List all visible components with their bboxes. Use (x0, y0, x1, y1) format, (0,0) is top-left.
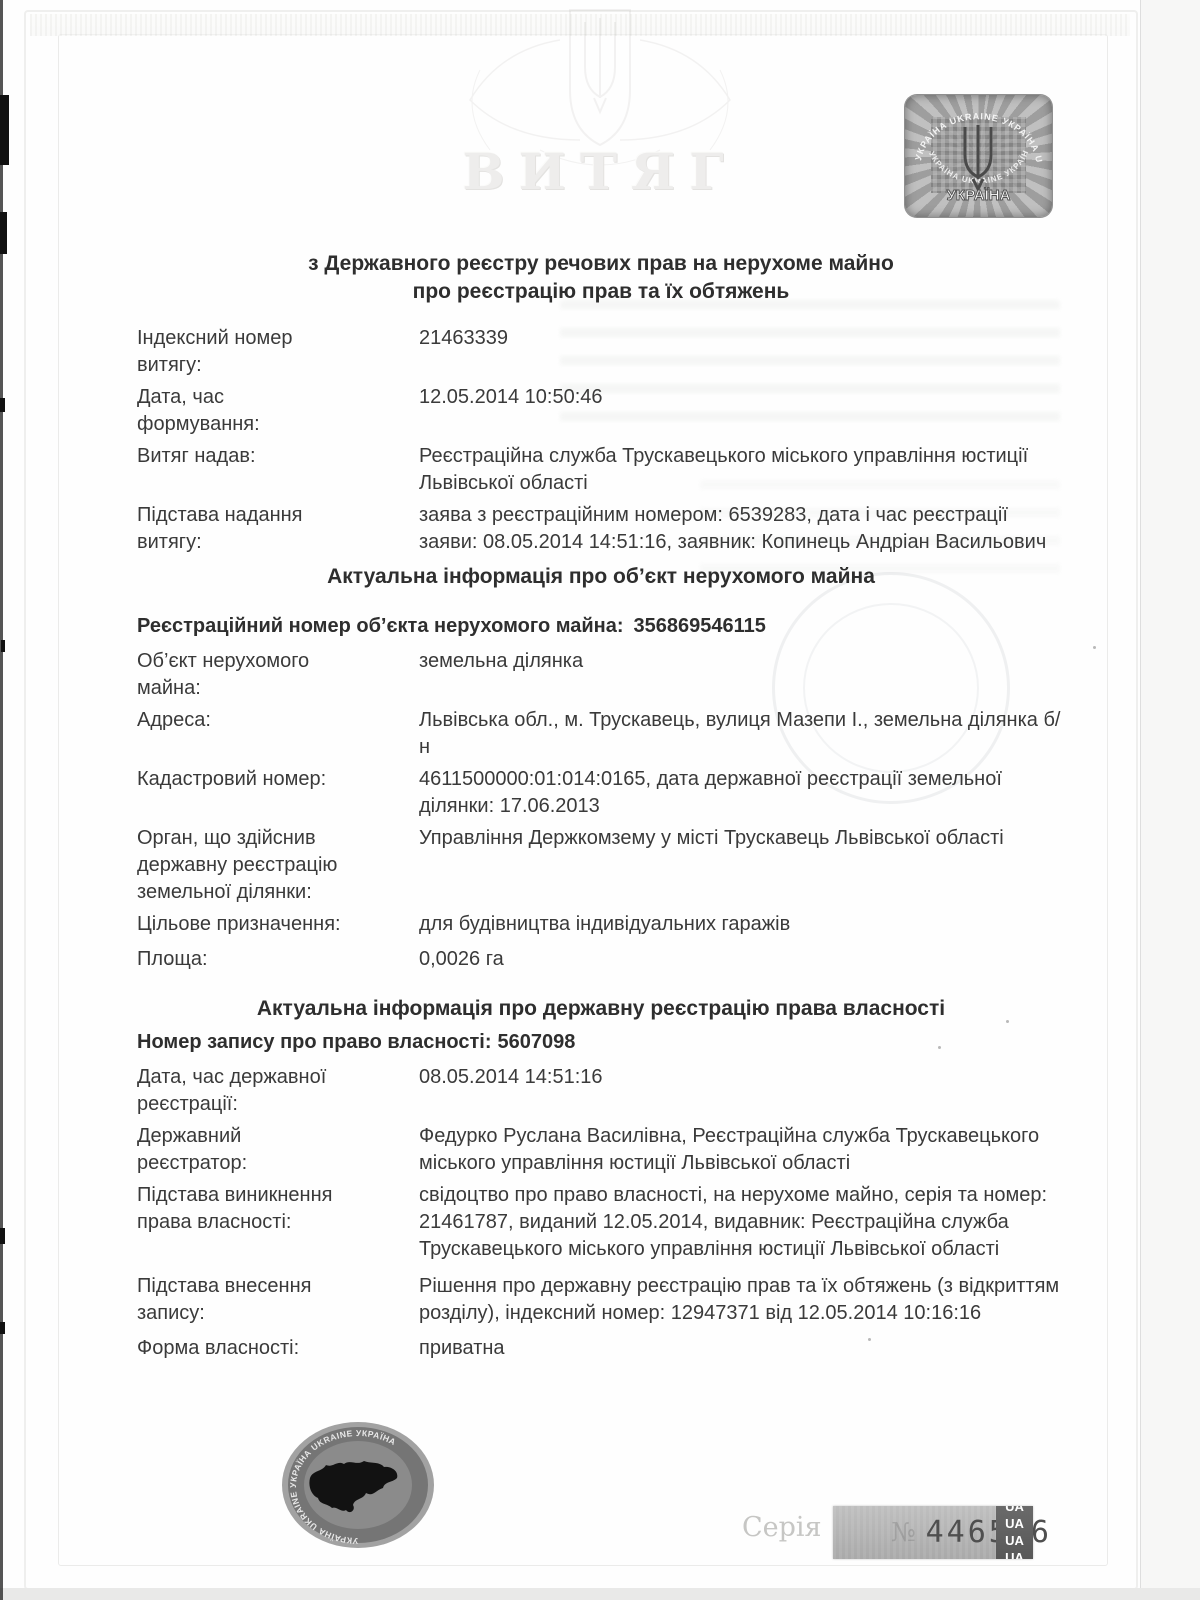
field-row-object-type: Об’єкт нерухомого майна: земельна ділянк… (137, 648, 1065, 702)
ua-code: UA (1005, 1550, 1024, 1559)
document-title-line1: з Державного реєстру речових прав на нер… (137, 250, 1065, 278)
field-label: Кадастровий номер: (137, 766, 419, 820)
serial-series-label: Серія (742, 1512, 822, 1543)
field-row-cadastral-number: Кадастровий номер: 4611500000:01:014:016… (137, 766, 1065, 820)
field-value: 08.05.2014 14:51:16 (419, 1064, 1065, 1118)
field-label: Форма власності: (137, 1335, 419, 1362)
document-title: з Державного реєстру речових прав на нер… (137, 250, 1065, 306)
serial-number-strip: № 446506 UA UA UA UA (833, 1506, 1033, 1559)
field-value: Федурко Руслана Василівна, Реєстраційна … (419, 1123, 1065, 1177)
serial-number-sign: № (891, 1518, 916, 1548)
field-value: земельна ділянка (419, 648, 1065, 702)
scan-bottom-edge (0, 1588, 1200, 1600)
field-label: Підстава надання витягу: (137, 502, 419, 556)
paper-speck (1093, 646, 1096, 649)
scan-artifact (1, 640, 5, 652)
ownership-record-number-value: 5607098 (498, 1031, 576, 1053)
field-value: 4611500000:01:014:0165, дата державної р… (419, 766, 1065, 820)
document-page: ВИТЯГ УКРАЇНА UKRAINE УКРАЇНА UKRAINE УК… (0, 0, 1200, 1600)
field-label: Підстава внесення запису: (137, 1273, 419, 1327)
field-value: 0,0026 га (419, 946, 1065, 973)
field-label: Державний реєстратор: (137, 1123, 419, 1177)
document-body: з Державного реєстру речових прав на нер… (137, 250, 1065, 1367)
object-reg-number-line: Реєстраційний номер об’єкта нерухомого м… (137, 613, 1065, 640)
ownership-record-number-label: Номер запису про право власності: (137, 1031, 492, 1053)
document-title-line2: про реєстрацію прав та їх обтяжень (137, 278, 1065, 306)
field-row-issued-by: Витяг надав: Реєстраційна служба Трускав… (137, 443, 1065, 497)
field-row-state-registrar: Державний реєстратор: Федурко Руслана Ва… (137, 1123, 1065, 1177)
field-row-area: Площа: 0,0026 га (137, 946, 1065, 973)
field-row-record-entry-basis: Підстава внесення запису: Рішення про де… (137, 1273, 1065, 1327)
serial-number-value: 446506 (926, 1515, 1052, 1550)
field-value: для будівництва індивідуальних гаражів (419, 911, 1065, 938)
field-value: свідоцтво про право власності, на нерухо… (419, 1182, 1065, 1263)
section-heading-ownership-info: Актуальна інформація про державну реєстр… (137, 995, 1065, 1022)
field-label: Дата, час державної реєстрації: (137, 1064, 419, 1118)
field-value: Реєстраційна служба Трускавецького міськ… (419, 443, 1065, 497)
field-label: Адреса: (137, 707, 419, 761)
section-heading-object-info: Актуальна інформація про об’єкт нерухомо… (137, 563, 1065, 590)
ownership-record-number-line: Номер запису про право власності:5607098 (137, 1029, 1065, 1056)
field-value: 12.05.2014 10:50:46 (419, 384, 1065, 438)
object-reg-number-value: 356869546115 (634, 615, 766, 637)
field-label: Площа: (137, 946, 419, 973)
scan-right-margin (1140, 0, 1200, 1600)
field-label: Підстава виникнення права власності: (137, 1182, 419, 1263)
field-label: Цільове призначення: (137, 911, 419, 938)
hologram-sticker-ukraine: УКРАЇНА UKRAINE УКРАЇНА UKRAINE УКРАЇНА … (905, 95, 1052, 217)
ua-country-code-block: UA UA UA UA (996, 1506, 1033, 1559)
round-seal-stamp: УКРАЇНА UKRAINE УКРАЇНА UKRAINE УКРАЇНА (280, 1420, 436, 1550)
scan-artifact (0, 212, 7, 254)
field-value: приватна (419, 1335, 1065, 1362)
scan-artifact (0, 1322, 5, 1334)
field-label: Витяг надав: (137, 443, 419, 497)
field-value: Управління Держкомзему у місті Трускавец… (419, 825, 1065, 906)
scan-artifact (0, 1228, 5, 1244)
field-row-ownership-form: Форма власності: приватна (137, 1335, 1065, 1362)
field-row-state-registration-datetime: Дата, час державної реєстрації: 08.05.20… (137, 1064, 1065, 1118)
ua-code: UA (1005, 1506, 1024, 1515)
field-value: заява з реєстраційним номером: 6539283, … (419, 502, 1065, 556)
field-value: Львівська обл., м. Трускавець, вулиця Ма… (419, 707, 1065, 761)
ua-code: UA (1005, 1516, 1024, 1532)
scan-artifact (0, 398, 5, 412)
field-row-issue-basis: Підстава надання витягу: заява з реєстра… (137, 502, 1065, 556)
field-row-designated-purpose: Цільове призначення: для будівництва інд… (137, 911, 1065, 938)
ua-code: UA (1005, 1533, 1024, 1549)
field-value: 21463339 (419, 325, 1065, 379)
field-row-registering-authority: Орган, що здійснив державну реєстрацію з… (137, 825, 1065, 906)
object-reg-number-label: Реєстраційний номер об’єкта нерухомого м… (137, 615, 624, 637)
field-value: Рішення про державну реєстрацію прав та … (419, 1273, 1065, 1327)
field-label: Індексний номер витягу: (137, 325, 419, 379)
field-label: Дата, час формування: (137, 384, 419, 438)
field-label: Орган, що здійснив державну реєстрацію з… (137, 825, 419, 906)
field-row-address: Адреса: Львівська обл., м. Трускавець, в… (137, 707, 1065, 761)
trident-watermark (420, 0, 780, 240)
field-label: Об’єкт нерухомого майна: (137, 648, 419, 702)
hologram-country-label: УКРАЇНА (947, 187, 1011, 204)
field-row-index-number: Індексний номер витягу: 21463339 (137, 325, 1065, 379)
field-row-formation-datetime: Дата, час формування: 12.05.2014 10:50:4… (137, 384, 1065, 438)
field-row-ownership-origin-basis: Підстава виникнення права власності: сві… (137, 1182, 1065, 1263)
